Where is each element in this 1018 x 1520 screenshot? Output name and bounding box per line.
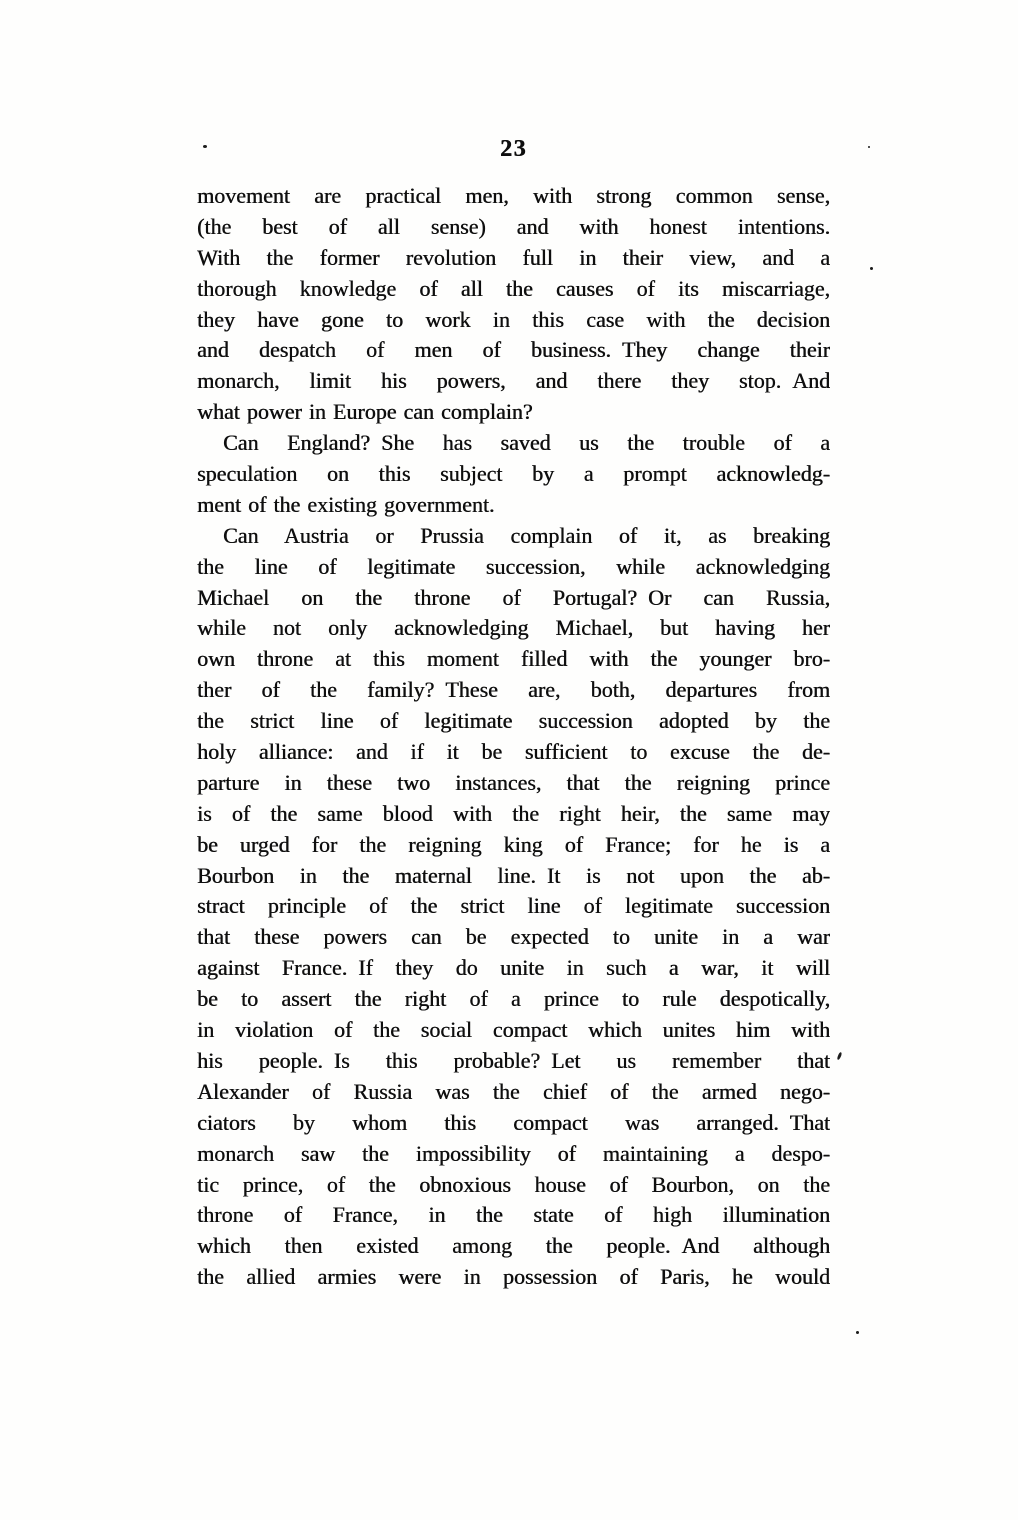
text-line: speculation on this subject by a prompt … xyxy=(197,459,830,490)
text-line: monarch saw the impossibility of maintai… xyxy=(197,1139,830,1170)
text-line: ment of the existing government. xyxy=(197,490,830,521)
text-line: ciators by whom this compact was arrange… xyxy=(197,1108,830,1139)
text-line: holy alliance: and if it be sufficient t… xyxy=(197,737,830,768)
text-line: tic prince, of the obnoxious house of Bo… xyxy=(197,1170,830,1201)
text-line: is of the same blood with the right heir… xyxy=(197,799,830,830)
text-line: parture in these two instances, that the… xyxy=(197,768,830,799)
text-line: thorough knowledge of all the causes of … xyxy=(197,274,830,305)
text-line: Can England? She has saved us the troubl… xyxy=(197,428,830,459)
text-line: ther of the family? These are, both, dep… xyxy=(197,675,830,706)
scan-speck xyxy=(856,1331,859,1334)
scanned-book-page: 23 movement are practical men, with stro… xyxy=(0,0,1018,1520)
text-line: the allied armies were in possession of … xyxy=(197,1262,830,1293)
text-line: in violation of the social compact which… xyxy=(197,1015,830,1046)
text-line: Michael on the throne of Portugal? Or ca… xyxy=(197,583,830,614)
text-line: movement are practical men, with strong … xyxy=(197,181,830,212)
text-line: they have gone to work in this case with… xyxy=(197,305,830,336)
text-line: his people. Is this probable? Let us rem… xyxy=(197,1046,830,1077)
text-line: what power in Europe can complain? xyxy=(197,397,830,428)
scan-speck xyxy=(203,145,207,148)
text-line: With the former revolution full in their… xyxy=(197,243,830,274)
scan-speck xyxy=(870,267,873,270)
text-line: throne of France, in the state of high i… xyxy=(197,1200,830,1231)
text-line: (the best of all sense) and with honest … xyxy=(197,212,830,243)
page-text: movement are practical men, with strong … xyxy=(197,181,830,1293)
text-line: Bourbon in the maternal line. It is not … xyxy=(197,861,830,892)
text-line: monarch, limit his powers, and there the… xyxy=(197,366,830,397)
text-line: against France. If they do unite in such… xyxy=(197,953,830,984)
text-line: stract principle of the strict line of l… xyxy=(197,891,830,922)
text-line: and despatch of men of business. They ch… xyxy=(197,335,830,366)
text-line: the strict line of legitimate succession… xyxy=(197,706,830,737)
page-number: 23 xyxy=(197,136,830,163)
text-line: be urged for the reigning king of France… xyxy=(197,830,830,861)
text-line: Alexander of Russia was the chief of the… xyxy=(197,1077,830,1108)
text-line: while not only acknowledging Michael, bu… xyxy=(197,613,830,644)
text-line: the line of legitimate succession, while… xyxy=(197,552,830,583)
text-line: be to assert the right of a prince to ru… xyxy=(197,984,830,1015)
text-line: that these powers can be expected to uni… xyxy=(197,922,830,953)
scan-speck xyxy=(868,146,870,148)
scan-speck xyxy=(837,1052,843,1061)
text-line: own throne at this moment filled with th… xyxy=(197,644,830,675)
text-line: Can Austria or Prussia complain of it, a… xyxy=(197,521,830,552)
text-line: which then existed among the people. And… xyxy=(197,1231,830,1262)
